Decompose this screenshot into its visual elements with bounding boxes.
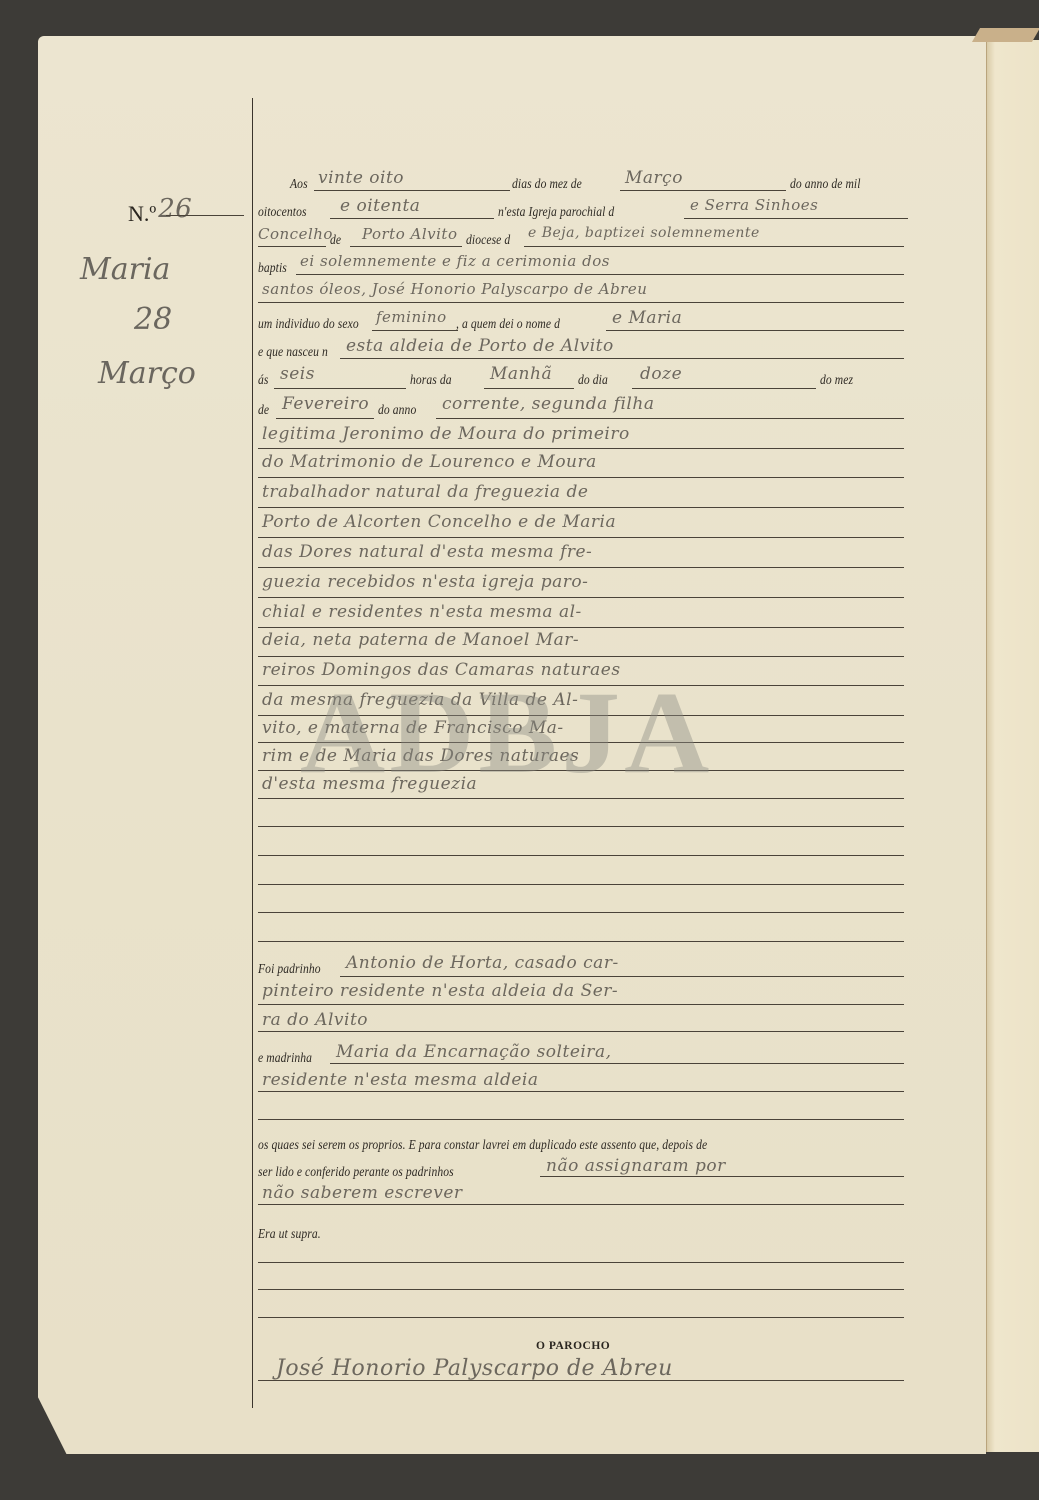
printed-de-2: de — [258, 402, 269, 418]
entry-number-value: 26 — [158, 194, 192, 224]
body-line: Porto de Alcorten Concelho e de Maria — [262, 512, 616, 532]
margin-rule — [252, 98, 253, 1408]
rule — [258, 477, 904, 478]
body-line: das Dores natural d'esta mesma fre- — [262, 542, 592, 562]
rule — [258, 507, 904, 508]
hand-nao-assignaram: não assignaram por — [546, 1156, 726, 1176]
rule — [258, 884, 904, 885]
rule — [258, 302, 904, 303]
priest-signature: José Honorio Palyscarpo de Abreu — [276, 1356, 673, 1381]
hand-child-name: e Maria — [612, 308, 682, 328]
hand-birth-year: corrente, segunda filha — [442, 394, 654, 414]
hand-godmother: residente n'esta mesma aldeia — [262, 1070, 538, 1090]
body-line: deia, neta paterna de Manoel Mar- — [262, 630, 579, 650]
rule — [258, 770, 904, 771]
rule — [606, 330, 904, 331]
hand-period: Manhã — [490, 364, 552, 384]
rule — [258, 1317, 904, 1318]
hand-municipality: Porto Alvito — [362, 225, 457, 243]
rule — [258, 627, 904, 628]
adjacent-page-edge — [986, 40, 1039, 1452]
rule — [632, 388, 816, 389]
hand-birth-day: doze — [640, 364, 682, 384]
rule — [350, 246, 462, 247]
document-page — [38, 36, 986, 1454]
entry-number-underline — [166, 215, 244, 216]
rule — [620, 190, 786, 191]
rule — [258, 1262, 904, 1263]
printed-do-anno: do anno de mil — [790, 176, 861, 192]
body-line: rim e de Maria das Dores naturaes — [262, 746, 579, 766]
margin-note-day: 28 — [134, 302, 172, 337]
hand-birthplace: esta aldeia de Porto de Alvito — [346, 336, 614, 356]
printed-aos: Aos — [290, 176, 308, 192]
body-line: do Matrimonio de Lourenco e Moura — [262, 452, 597, 472]
rule — [330, 1063, 904, 1064]
rule — [258, 1204, 904, 1205]
rule — [436, 418, 904, 419]
signature-line — [258, 1380, 904, 1381]
hand-year: e oitenta — [340, 196, 420, 216]
torn-corner — [972, 28, 1039, 42]
margin-note-name: Maria — [80, 252, 170, 287]
printed-closing-text: os quaes sei serem os proprios. E para c… — [258, 1137, 707, 1153]
rule — [258, 246, 326, 247]
printed-dias-do-mez: dias do mez de — [512, 176, 582, 192]
rule — [330, 218, 494, 219]
printed-individuo: um individuo do sexo — [258, 316, 359, 332]
hand-sex: feminino — [376, 308, 447, 326]
hand-godfather: pinteiro residente n'esta aldeia da Ser- — [262, 981, 618, 1001]
rule — [484, 388, 574, 389]
hand-concelho: Concelho — [258, 225, 333, 243]
hand-baptism-text: ei solemnemente e fiz a cerimonia dos — [300, 252, 610, 270]
body-line: vito, e materna de Francisco Ma- — [262, 718, 564, 738]
hand-day-words: vinte oito — [318, 168, 404, 188]
rule — [258, 448, 904, 449]
hand-godfather: ra do Alvito — [262, 1010, 368, 1030]
rule — [314, 190, 510, 191]
rule — [258, 685, 904, 686]
margin-note-month: Março — [98, 356, 196, 391]
entry-number-label: N.º — [128, 201, 156, 226]
rule — [258, 1004, 904, 1005]
hand-godfather: Antonio de Horta, casado car- — [346, 953, 619, 973]
rule — [258, 1119, 904, 1120]
rule — [258, 715, 904, 716]
printed-oitocentos: oitocentos — [258, 204, 307, 220]
rule — [274, 388, 406, 389]
rule — [258, 855, 904, 856]
hand-birth-month: Fevereiro — [282, 394, 369, 414]
rule — [258, 597, 904, 598]
printed-horas: horas da — [410, 372, 452, 388]
body-line: reiros Domingos das Camaras naturaes — [262, 660, 621, 680]
rule — [524, 246, 904, 247]
rule — [296, 274, 904, 275]
hand-month: Março — [625, 168, 683, 188]
rule — [684, 218, 908, 219]
body-line: da mesma freguezia da Villa de Al- — [262, 690, 578, 710]
body-line: d'esta mesma freguezia — [262, 774, 477, 794]
printed-diocese: diocese d — [466, 232, 510, 248]
printed-era-ut-supra: Era ut supra. — [258, 1226, 321, 1242]
rule — [258, 567, 904, 568]
hand-hour: seis — [280, 364, 315, 384]
printed-do-mez: do mez — [820, 372, 853, 388]
rule — [258, 537, 904, 538]
printed-baptis: baptis — [258, 260, 287, 276]
rule — [258, 1289, 904, 1290]
rule — [258, 912, 904, 913]
hand-priest-name: santos óleos, José Honorio Palyscarpo de… — [262, 280, 647, 298]
printed-do-anno-2: do anno — [378, 402, 416, 418]
hand-parish: e Serra Sinhoes — [690, 196, 818, 214]
printed-do-dia: do dia — [578, 372, 608, 388]
rule — [258, 656, 904, 657]
printed-madrinha-label: e madrinha — [258, 1050, 312, 1066]
rule — [340, 976, 904, 977]
body-line: trabalhador natural da freguezia de — [262, 482, 588, 502]
rule — [340, 358, 904, 359]
printed-igreja: n'esta Igreja parochial d — [498, 204, 614, 220]
hand-diocese: e Beja, baptizei solemnemente — [528, 225, 760, 241]
entry-number: N.º26 — [128, 198, 190, 228]
rule — [258, 742, 904, 743]
hand-godmother: Maria da Encarnação solteira, — [336, 1042, 611, 1062]
signature-title: O PAROCHO — [536, 1340, 610, 1352]
printed-nome: , a quem dei o nome d — [456, 316, 560, 332]
rule — [258, 798, 904, 799]
rule — [258, 826, 904, 827]
printed-nasceu: e que nasceu n — [258, 344, 328, 360]
hand-nao-saberem: não saberem escrever — [262, 1183, 463, 1203]
printed-de: de — [330, 232, 341, 248]
rule — [258, 941, 904, 942]
rule — [540, 1176, 904, 1177]
rule — [258, 1091, 904, 1092]
body-line: chial e residentes n'esta mesma al- — [262, 602, 582, 622]
printed-as: ás — [258, 372, 269, 388]
body-line: legitima Jeronimo de Moura do primeiro — [262, 424, 630, 444]
rule — [276, 418, 374, 419]
printed-padrinho-label: Foi padrinho — [258, 961, 321, 977]
rule — [372, 330, 458, 331]
body-line: guezia recebidos n'esta igreja paro- — [262, 572, 588, 592]
printed-conferido: ser lido e conferido perante os padrinho… — [258, 1164, 454, 1180]
rule — [258, 1031, 904, 1032]
